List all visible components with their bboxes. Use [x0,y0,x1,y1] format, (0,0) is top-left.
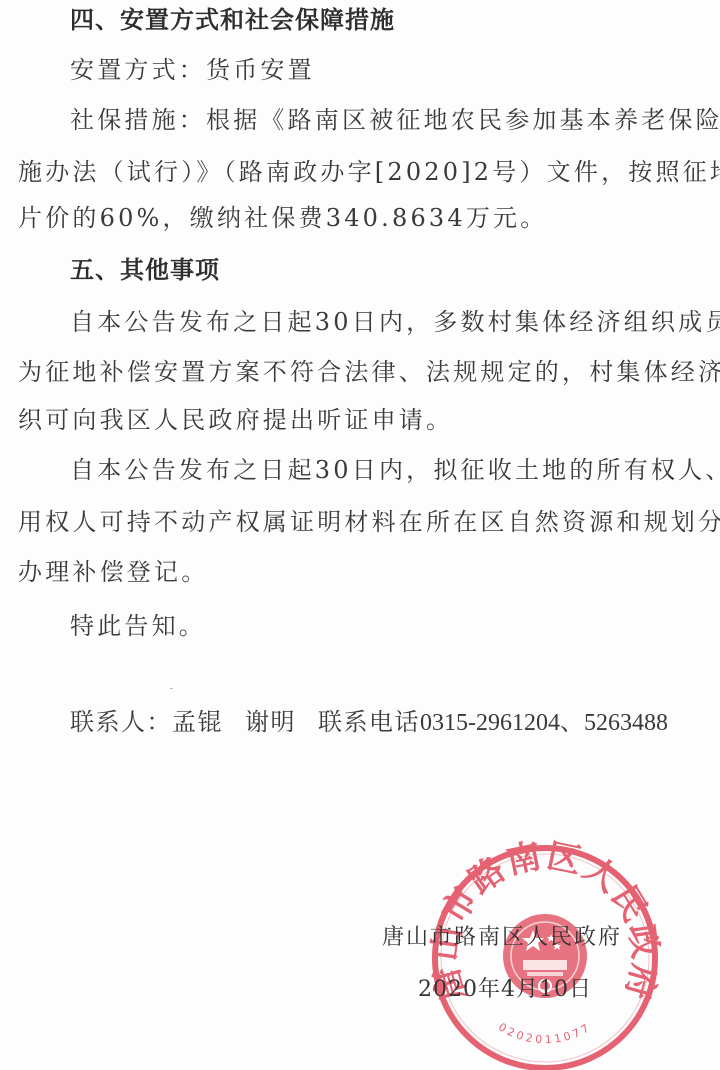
resettlement-method: 安置方式：货币安置 [70,54,714,86]
paragraph2-line-1: 自本公告发布之日起30日内，拟征收土地的所有权人、使 [70,454,714,486]
social-security-line-1: 社保措施：根据《路南区被征地农民参加基本养老保险实 [70,104,714,136]
contact-person-2: 谢明 [245,708,296,736]
paragraph1-line-3: 织可向我区人民政府提出听证申请。 [18,404,714,436]
social-security-line-3: 片价的60%，缴纳社保费340.8634万元。 [18,202,714,234]
signature-organization: 唐山市路南区人民政府 [382,923,622,953]
svg-text:0202011077: 0202011077 [496,1020,594,1046]
social-security-line-2: 施办法（试行）》（路南政办字[2020]2号）文件，按照征地区 [18,156,714,188]
paragraph2-line-3: 办理补偿登记。 [18,556,714,588]
paragraph1-line-2: 为征地补偿安置方案不符合法律、法规规定的，村集体经济组 [18,356,714,388]
closing-text: 特此告知。 [70,610,714,642]
paragraph2-line-2: 用权人可持不动产权属证明材料在所在区自然资源和规划分局 [18,506,714,538]
paragraph1-line-1: 自本公告发布之日起30日内，多数村集体经济组织成员认 [70,306,714,338]
scan-speck [170,688,173,689]
phone-number: 0315-2961204、5263488 [420,710,668,736]
section5-heading: 五、其他事项 [70,254,714,286]
signature-date: 2020年4月10日 [418,975,592,1005]
section4-heading: 四、安置方式和社会保障措施 [70,4,714,36]
phone-label: 联系电话 [318,708,420,736]
official-seal: 唐山市路南区人民政府 0202011077 [425,838,665,1070]
contact-line: 联系人：孟锟谢明联系电话0315-2961204、5263488 [70,706,714,739]
contact-person-1: 孟锟 [172,708,223,736]
seal-serial: 0202011077 [496,1020,594,1046]
contact-label: 联系人： [70,708,172,736]
